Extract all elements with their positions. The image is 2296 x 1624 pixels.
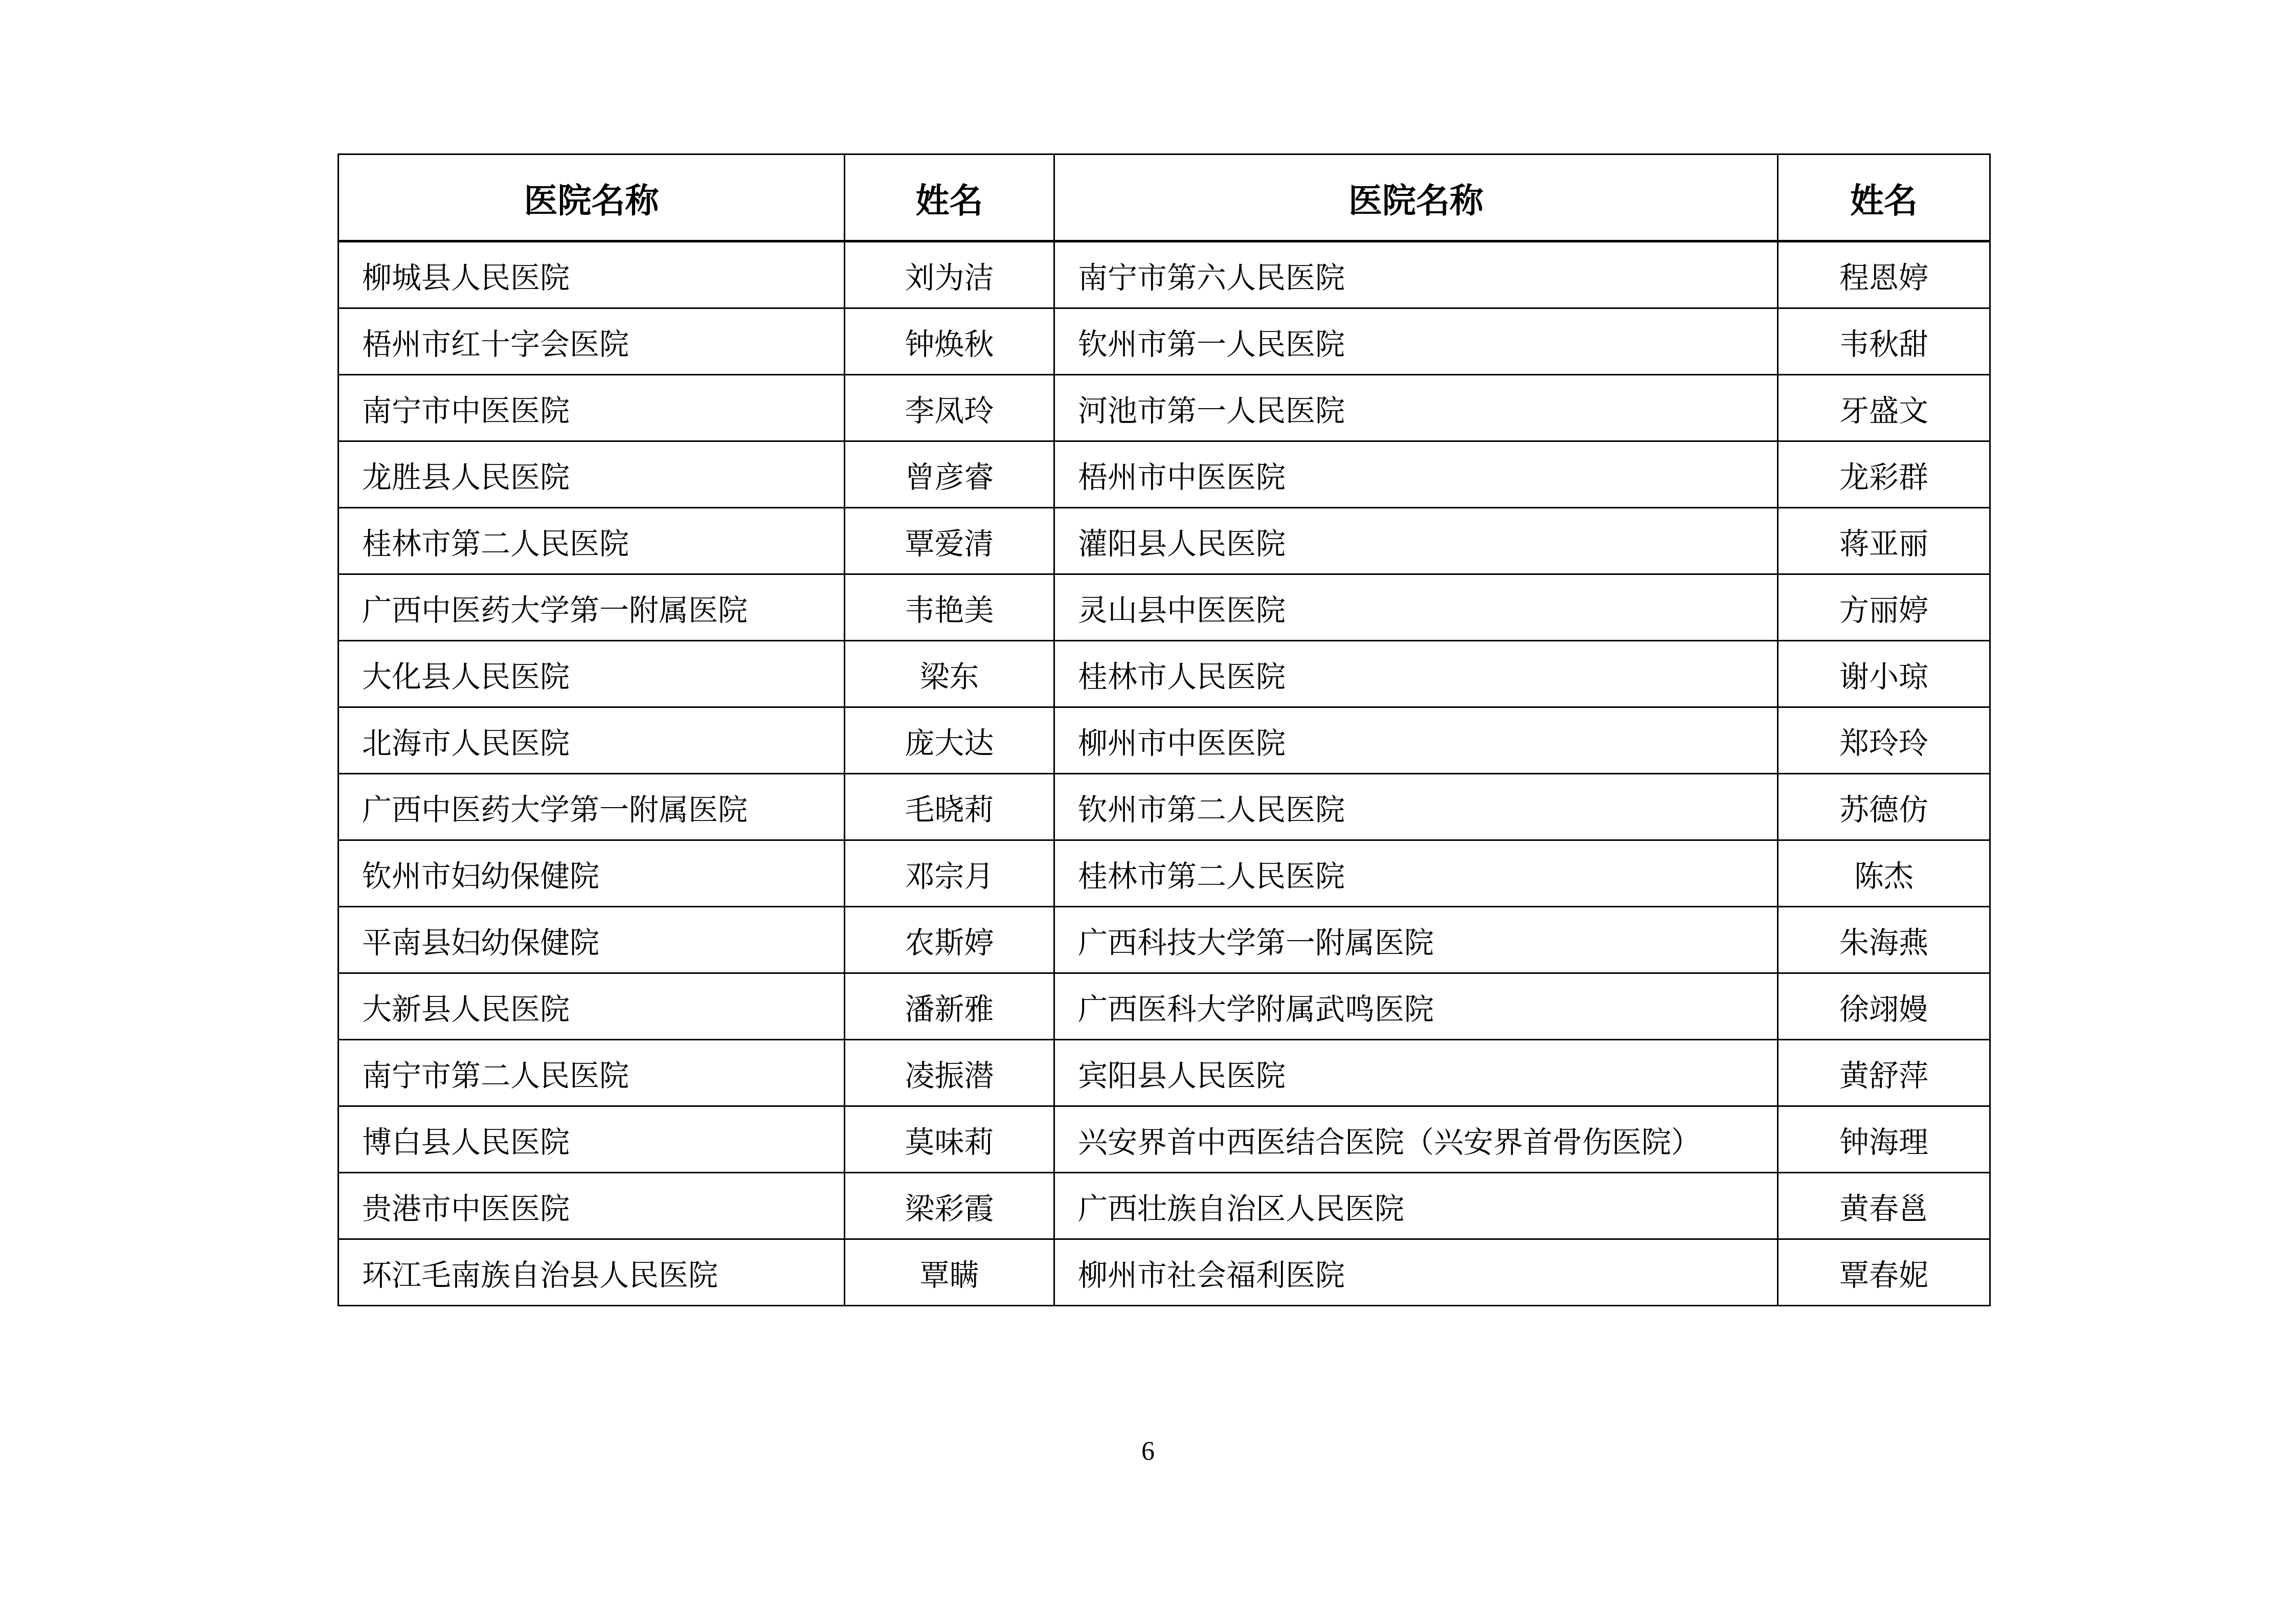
header-hospital-name-left: 医院名称 bbox=[339, 154, 845, 241]
person-name-cell: 毛晓莉 bbox=[845, 774, 1054, 840]
hospital-name-cell: 钦州市第一人民医院 bbox=[1054, 308, 1778, 375]
table-row: 平南县妇幼保健院 农斯婷 广西科技大学第一附属医院 朱海燕 bbox=[339, 907, 1990, 973]
table-row: 贵港市中医医院 梁彩霞 广西壮族自治区人民医院 黄春邕 bbox=[339, 1173, 1990, 1239]
person-name-cell: 程恩婷 bbox=[1778, 241, 1990, 308]
hospital-name-cell: 广西科技大学第一附属医院 bbox=[1054, 907, 1778, 973]
person-name-cell: 苏德仿 bbox=[1778, 774, 1990, 840]
table-row: 龙胜县人民医院 曾彦睿 梧州市中医医院 龙彩群 bbox=[339, 441, 1990, 508]
hospital-name-cell: 灌阳县人民医院 bbox=[1054, 508, 1778, 574]
person-name-cell: 钟海理 bbox=[1778, 1106, 1990, 1173]
table-row: 桂林市第二人民医院 覃爱清 灌阳县人民医院 蒋亚丽 bbox=[339, 508, 1990, 574]
table-row: 大新县人民医院 潘新雅 广西医科大学附属武鸣医院 徐翊嫚 bbox=[339, 973, 1990, 1040]
header-person-name-left: 姓名 bbox=[845, 154, 1054, 241]
hospital-name-cell: 兴安界首中西医结合医院（兴安界首骨伤医院） bbox=[1054, 1106, 1778, 1173]
person-name-cell: 陈杰 bbox=[1778, 840, 1990, 907]
person-name-cell: 黄春邕 bbox=[1778, 1173, 1990, 1239]
hospital-name-cell: 钦州市第二人民医院 bbox=[1054, 774, 1778, 840]
table-row: 梧州市红十字会医院 钟焕秋 钦州市第一人民医院 韦秋甜 bbox=[339, 308, 1990, 375]
hospital-name-table: 医院名称 姓名 医院名称 姓名 柳城县人民医院 刘为洁 南宁市第六人民医院 程恩… bbox=[337, 153, 1991, 1306]
hospital-name-cell: 广西中医药大学第一附属医院 bbox=[339, 574, 845, 641]
hospital-name-cell: 梧州市中医医院 bbox=[1054, 441, 1778, 508]
person-name-cell: 潘新雅 bbox=[845, 973, 1054, 1040]
person-name-cell: 农斯婷 bbox=[845, 907, 1054, 973]
person-name-cell: 覃爱清 bbox=[845, 508, 1054, 574]
hospital-name-cell: 灵山县中医医院 bbox=[1054, 574, 1778, 641]
hospital-name-cell: 柳城县人民医院 bbox=[339, 241, 845, 308]
table-row: 广西中医药大学第一附属医院 韦艳美 灵山县中医医院 方丽婷 bbox=[339, 574, 1990, 641]
person-name-cell: 韦艳美 bbox=[845, 574, 1054, 641]
hospital-name-cell: 环江毛南族自治县人民医院 bbox=[339, 1239, 845, 1306]
hospital-name-cell: 平南县妇幼保健院 bbox=[339, 907, 845, 973]
hospital-name-cell: 钦州市妇幼保健院 bbox=[339, 840, 845, 907]
table-body: 柳城县人民医院 刘为洁 南宁市第六人民医院 程恩婷 梧州市红十字会医院 钟焕秋 … bbox=[339, 241, 1990, 1306]
person-name-cell: 韦秋甜 bbox=[1778, 308, 1990, 375]
person-name-cell: 徐翊嫚 bbox=[1778, 973, 1990, 1040]
hospital-name-cell: 桂林市第二人民医院 bbox=[1054, 840, 1778, 907]
person-name-cell: 方丽婷 bbox=[1778, 574, 1990, 641]
person-name-cell: 钟焕秋 bbox=[845, 308, 1054, 375]
person-name-cell: 朱海燕 bbox=[1778, 907, 1990, 973]
hospital-name-cell: 广西医科大学附属武鸣医院 bbox=[1054, 973, 1778, 1040]
hospital-name-cell: 梧州市红十字会医院 bbox=[339, 308, 845, 375]
person-name-cell: 梁彩霞 bbox=[845, 1173, 1054, 1239]
hospital-name-cell: 河池市第一人民医院 bbox=[1054, 375, 1778, 441]
person-name-cell: 黄舒萍 bbox=[1778, 1040, 1990, 1106]
table-row: 柳城县人民医院 刘为洁 南宁市第六人民医院 程恩婷 bbox=[339, 241, 1990, 308]
person-name-cell: 蒋亚丽 bbox=[1778, 508, 1990, 574]
hospital-name-cell: 广西壮族自治区人民医院 bbox=[1054, 1173, 1778, 1239]
person-name-cell: 覃瞒 bbox=[845, 1239, 1054, 1306]
person-name-cell: 谢小琼 bbox=[1778, 641, 1990, 707]
person-name-cell: 刘为洁 bbox=[845, 241, 1054, 308]
hospital-name-cell: 大新县人民医院 bbox=[339, 973, 845, 1040]
hospital-name-cell: 宾阳县人民医院 bbox=[1054, 1040, 1778, 1106]
hospital-name-cell: 南宁市第六人民医院 bbox=[1054, 241, 1778, 308]
person-name-cell: 庞大达 bbox=[845, 707, 1054, 774]
hospital-name-cell: 柳州市中医医院 bbox=[1054, 707, 1778, 774]
person-name-cell: 覃春妮 bbox=[1778, 1239, 1990, 1306]
table-row: 南宁市第二人民医院 凌振潜 宾阳县人民医院 黄舒萍 bbox=[339, 1040, 1990, 1106]
document-page: 医院名称 姓名 医院名称 姓名 柳城县人民医院 刘为洁 南宁市第六人民医院 程恩… bbox=[0, 0, 2296, 1624]
table-row: 博白县人民医院 莫味莉 兴安界首中西医结合医院（兴安界首骨伤医院） 钟海理 bbox=[339, 1106, 1990, 1173]
person-name-cell: 凌振潜 bbox=[845, 1040, 1054, 1106]
header-hospital-name-right: 医院名称 bbox=[1054, 154, 1778, 241]
hospital-name-cell: 广西中医药大学第一附属医院 bbox=[339, 774, 845, 840]
hospital-name-cell: 龙胜县人民医院 bbox=[339, 441, 845, 508]
table-row: 广西中医药大学第一附属医院 毛晓莉 钦州市第二人民医院 苏德仿 bbox=[339, 774, 1990, 840]
person-name-cell: 曾彦睿 bbox=[845, 441, 1054, 508]
person-name-cell: 牙盛文 bbox=[1778, 375, 1990, 441]
person-name-cell: 李凤玲 bbox=[845, 375, 1054, 441]
hospital-name-cell: 南宁市第二人民医院 bbox=[339, 1040, 845, 1106]
hospital-name-cell: 南宁市中医医院 bbox=[339, 375, 845, 441]
table-row: 钦州市妇幼保健院 邓宗月 桂林市第二人民医院 陈杰 bbox=[339, 840, 1990, 907]
table-row: 环江毛南族自治县人民医院 覃瞒 柳州市社会福利医院 覃春妮 bbox=[339, 1239, 1990, 1306]
person-name-cell: 梁东 bbox=[845, 641, 1054, 707]
hospital-name-cell: 桂林市第二人民医院 bbox=[339, 508, 845, 574]
hospital-name-cell: 大化县人民医院 bbox=[339, 641, 845, 707]
table-header-row: 医院名称 姓名 医院名称 姓名 bbox=[339, 154, 1990, 241]
person-name-cell: 龙彩群 bbox=[1778, 441, 1990, 508]
person-name-cell: 郑玲玲 bbox=[1778, 707, 1990, 774]
hospital-name-cell: 贵港市中医医院 bbox=[339, 1173, 845, 1239]
person-name-cell: 邓宗月 bbox=[845, 840, 1054, 907]
page-number: 6 bbox=[0, 1436, 2296, 1466]
table-row: 大化县人民医院 梁东 桂林市人民医院 谢小琼 bbox=[339, 641, 1990, 707]
table-row: 南宁市中医医院 李凤玲 河池市第一人民医院 牙盛文 bbox=[339, 375, 1990, 441]
hospital-name-cell: 北海市人民医院 bbox=[339, 707, 845, 774]
header-person-name-right: 姓名 bbox=[1778, 154, 1990, 241]
hospital-name-cell: 博白县人民医院 bbox=[339, 1106, 845, 1173]
hospital-name-cell: 桂林市人民医院 bbox=[1054, 641, 1778, 707]
table-row: 北海市人民医院 庞大达 柳州市中医医院 郑玲玲 bbox=[339, 707, 1990, 774]
hospital-name-cell: 柳州市社会福利医院 bbox=[1054, 1239, 1778, 1306]
person-name-cell: 莫味莉 bbox=[845, 1106, 1054, 1173]
